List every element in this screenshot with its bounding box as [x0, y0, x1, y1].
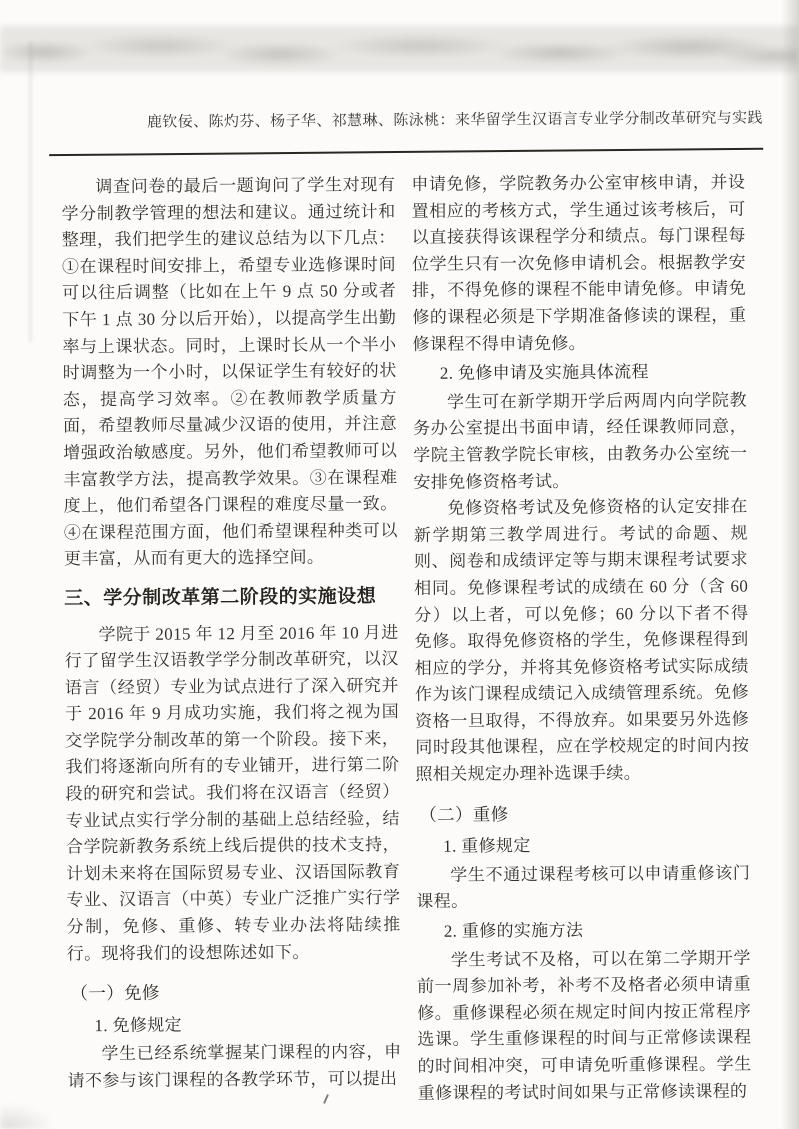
- paragraph-exemption-rule-continued: 申请免修，学院教务办公室审核申请，并设置相应的考核方式，学生通过该考核后，可以直…: [411, 170, 746, 358]
- left-column: 调查问卷的最后一题询问了学生对现有学分制教学管理的想法和建议。通过统计和整理，我…: [61, 172, 402, 1109]
- scanned-page: 鹿钦佞、陈灼芬、杨子华、祁慧琳、陈泳桃：来华留学生汉语言专业学分制改革研究与实践…: [0, 0, 799, 1129]
- running-header: 鹿钦佞、陈灼芬、杨子华、祁慧琳、陈泳桃：来华留学生汉语言专业学分制改革研究与实践: [57, 106, 763, 132]
- subsection-heading-retake-rule: 1. 重修规定: [416, 832, 750, 861]
- right-column: 申请免修，学院教务办公室审核申请，并设置相应的考核方式，学生通过该考核后，可以直…: [411, 170, 752, 1107]
- paragraph-exemption-rule-start: 学生已经系统掌握某门课程的内容，申请不参与该门课程的各教学环节，可以提出: [67, 1039, 401, 1095]
- two-column-body: 调查问卷的最后一题询问了学生对现有学分制教学管理的想法和建议。通过统计和整理，我…: [61, 170, 752, 1110]
- document-content: 鹿钦佞、陈灼芬、杨子华、祁慧琳、陈泳桃：来华留学生汉语言专业学分制改革研究与实践…: [0, 0, 799, 1129]
- subsection-heading-retake-method: 2. 重修的实施方法: [417, 917, 751, 946]
- paragraph-retake-method: 学生考试不及格，可以在第二学期开学前一周参加补考，补考不及格者必须申请重修。重修…: [417, 945, 752, 1107]
- header-rule: [49, 148, 763, 156]
- paragraph-exemption-process-application: 学生可在新学期开学后两周内向学院教务办公室提出书面申请，经任课教师同意，学院主管…: [413, 387, 748, 496]
- paragraph-survey-suggestions: 调查问卷的最后一题询问了学生对现有学分制教学管理的想法和建议。通过统计和整理，我…: [61, 172, 398, 573]
- paragraph-stage-plan: 学院于 2015 年 12 月至 2016 年 10 月进行了留学生汉语教学学分…: [64, 620, 400, 968]
- paragraph-exemption-qualification-exam: 免修资格考试及免修资格的认定安排在新学期第三教学周进行。考试的命题、规则、阅卷和…: [414, 494, 750, 789]
- subsection-heading-exemption-rule: 1. 免修规定: [67, 1011, 401, 1040]
- paragraph-retake-rule: 学生不通过课程考核可以申请重修该门课程。: [416, 860, 750, 916]
- subsection-heading-exemption-process: 2. 免修申请及实施具体流程: [413, 359, 747, 388]
- subsection-heading-exemption: （一）免修: [67, 978, 401, 1007]
- subsection-heading-retake: （二）重修: [416, 799, 750, 828]
- section-heading-stage-two: 三、学分制改革第二阶段的实施设想: [64, 584, 398, 613]
